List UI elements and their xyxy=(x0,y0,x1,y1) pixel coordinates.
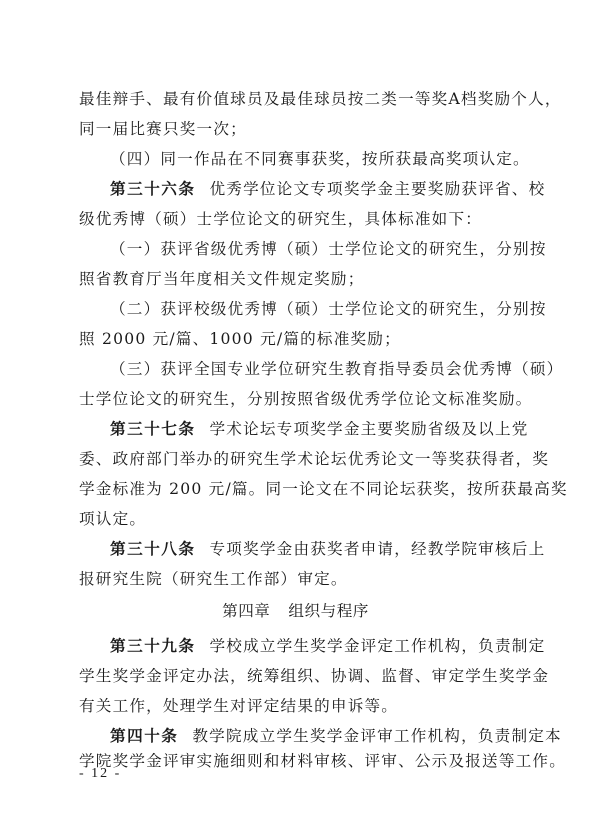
clause-three: （三）获评全国专业学位研究生教育指导委员会优秀博（硕） xyxy=(110,354,521,384)
article-number: 第三十九条 xyxy=(110,637,195,655)
paragraph-line: 照省教育厅当年度相关文件规定奖励； xyxy=(79,264,521,294)
paragraph-line: 学院奖学金评审实施细则和材料审核、评审、公示及报送等工作。 xyxy=(79,746,521,776)
article-number: 第三十六条 xyxy=(110,180,195,198)
article-36-line: 第三十六条优秀学位论文专项奖学金主要奖励获评省、校 xyxy=(110,174,521,204)
paragraph-line: 学生奖学金评定办法，统筹组织、协调、监督、审定学生奖学金 xyxy=(79,661,521,691)
article-38-line: 第三十八条专项奖学金由获奖者申请，经教学院审核后上 xyxy=(110,534,521,564)
paragraph-line: 同一届比赛只奖一次； xyxy=(79,114,521,144)
clause-two: （二）获评校级优秀博（硕）士学位论文的研究生，分别按 xyxy=(110,294,521,324)
paragraph-line: 学金标准为 200 元/篇。同一论文在不同论坛获奖，按所获最高奖 xyxy=(79,474,521,504)
article-text: 教学院成立学生奖学金评审工作机构，负责制定本 xyxy=(192,727,561,745)
document-page: 最佳辩手、最有价值球员及最佳球员按二类一等奖A档奖励个人， 同一届比赛只奖一次；… xyxy=(0,0,591,836)
clause-four: （四）同一作品在不同赛事获奖，按所获最高奖项认定。 xyxy=(110,144,521,174)
article-number: 第三十八条 xyxy=(110,540,195,558)
article-number: 第三十七条 xyxy=(110,420,195,438)
paragraph-line: 级优秀博（硕）士学位论文的研究生，具体标准如下： xyxy=(79,204,521,234)
chapter-title: 组织与程序 xyxy=(288,602,368,620)
article-39-line: 第三十九条学校成立学生奖学金评定工作机构，负责制定 xyxy=(110,631,521,661)
article-number: 第四十条 xyxy=(110,727,178,745)
page-number: - 12 - xyxy=(79,764,121,784)
paragraph-line: 士学位论文的研究生，分别按照省级优秀学位论文标准奖励。 xyxy=(79,384,521,414)
article-text: 优秀学位论文专项奖学金主要奖励获评省、校 xyxy=(209,180,545,198)
paragraph-line: 报研究生院（研究生工作部）审定。 xyxy=(79,564,521,594)
paragraph-line: 项认定。 xyxy=(79,504,521,534)
article-text: 专项奖学金由获奖者申请，经教学院审核后上 xyxy=(209,540,545,558)
chapter-heading: 第四章组织与程序 xyxy=(0,596,591,626)
paragraph-line: 照 2000 元/篇、1000 元/篇的标准奖励； xyxy=(79,324,521,354)
chapter-number: 第四章 xyxy=(222,602,270,620)
paragraph-line: 委、政府部门举办的研究生学术论坛优秀论文一等奖获得者，奖 xyxy=(79,444,521,474)
clause-one: （一）获评省级优秀博（硕）士学位论文的研究生，分别按 xyxy=(110,234,521,264)
article-37-line: 第三十七条学术论坛专项奖学金主要奖励省级及以上党 xyxy=(110,414,521,444)
article-text: 学术论坛专项奖学金主要奖励省级及以上党 xyxy=(209,420,528,438)
article-text: 学校成立学生奖学金评定工作机构，负责制定 xyxy=(209,637,545,655)
paragraph-line: 最佳辩手、最有价值球员及最佳球员按二类一等奖A档奖励个人， xyxy=(79,84,521,114)
paragraph-line: 有关工作，处理学生对评定结果的申诉等。 xyxy=(79,691,521,721)
